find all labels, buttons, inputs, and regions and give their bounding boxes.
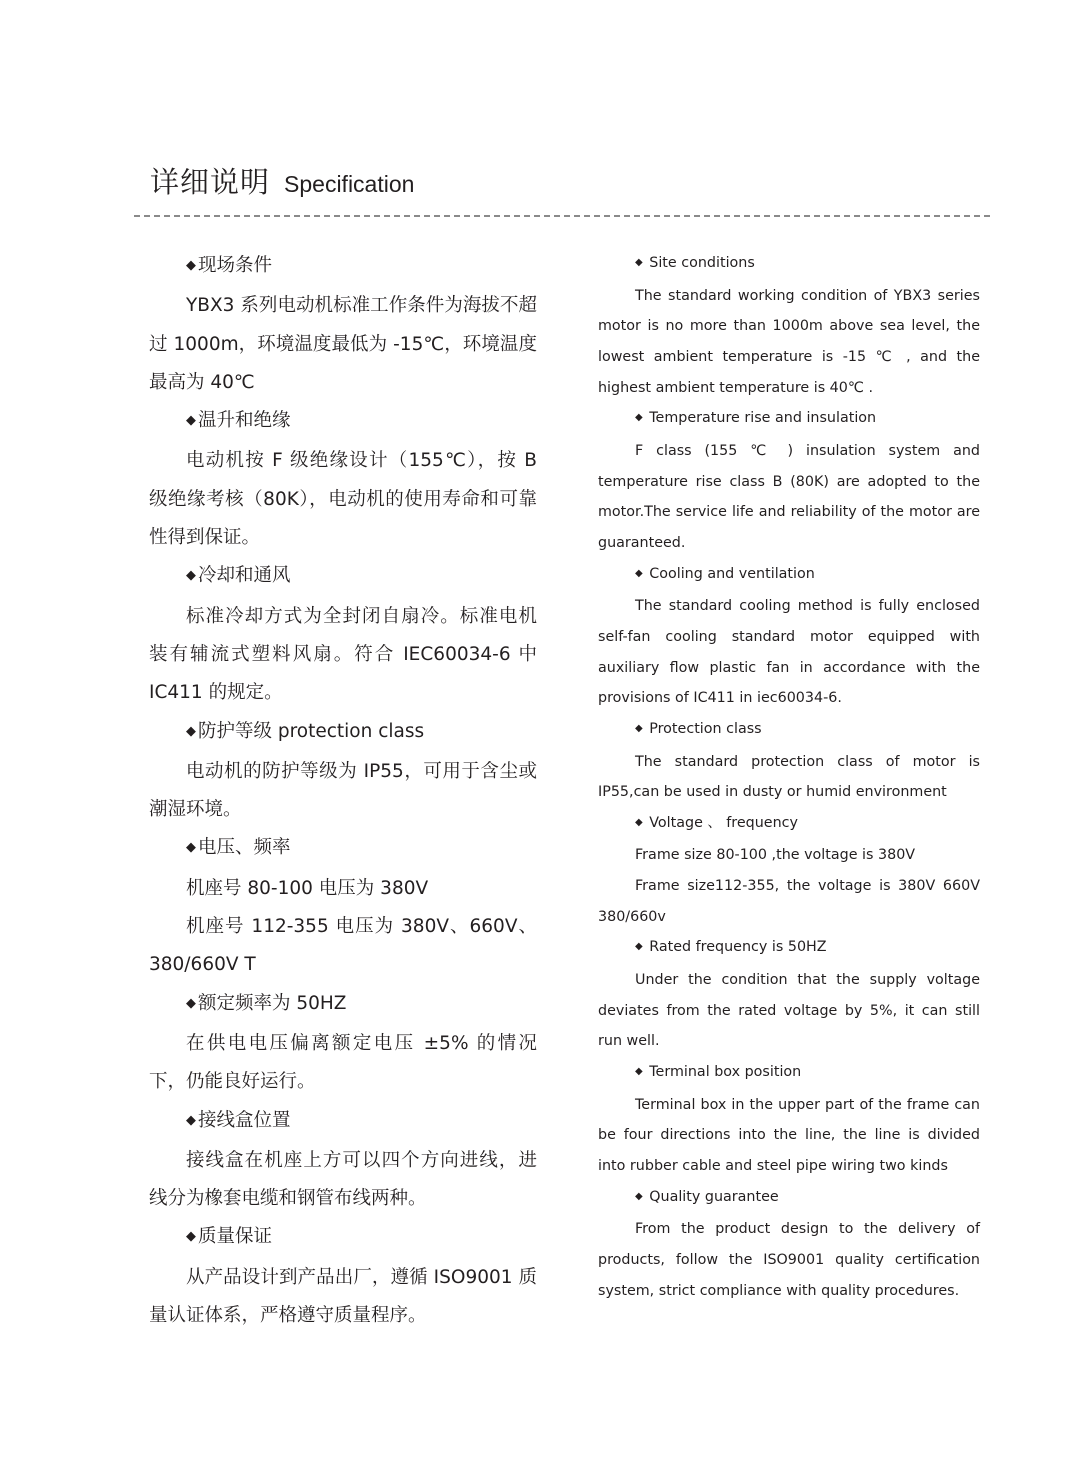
section-heading: ◆ Temperature rise and insulation [598,403,980,436]
diamond-bullet-icon: ◆ [186,1229,196,1244]
diamond-bullet-icon: ◆ [635,817,643,828]
section-paragraph: The standard cooling method is fully enc… [598,591,980,714]
section-heading: ◆电压、频率 [149,829,537,869]
diamond-bullet-icon: ◆ [635,412,643,423]
section-paragraph: Terminal box in the upper part of the fr… [598,1090,980,1182]
page-title: 详细说明 Specification [150,160,414,201]
section-paragraph: 在供电电压偏离额定电压 ±5% 的情况下，仍能良好运行。 [149,1025,537,1102]
section-heading: ◆温升和绝缘 [149,402,537,442]
dashed-divider [134,215,990,217]
section-heading: ◆ Voltage 、 frequency [598,808,980,841]
page-title-chinese: 详细说明 [150,160,270,201]
section-heading: ◆防护等级 protection class [149,713,537,753]
diamond-bullet-icon: ◆ [635,941,643,952]
section-heading: ◆接线盒位置 [149,1102,537,1142]
page-title-english: Specification [284,171,414,198]
section-paragraph: 接线盒在机座上方可以四个方向进线，进线分为橡套电缆和钢管布线两种。 [149,1142,537,1219]
diamond-bullet-icon: ◆ [186,413,196,428]
diamond-bullet-icon: ◆ [635,1066,643,1077]
section-heading: ◆冷却和通风 [149,557,537,597]
section-heading: ◆ Quality guarantee [598,1182,980,1215]
section-heading: ◆ Site conditions [598,248,980,281]
section-paragraph: 从产品设计到产品出厂，遵循 ISO9001 质量认证体系，严格遵守质量程序。 [149,1259,537,1336]
diamond-bullet-icon: ◆ [635,1191,643,1202]
section-heading: ◆质量保证 [149,1218,537,1258]
diamond-bullet-icon: ◆ [186,724,196,739]
diamond-bullet-icon: ◆ [186,568,196,583]
chinese-column: ◆现场条件 YBX3 系列电动机标准工作条件为海拔不超过 1000m，环境温度最… [149,247,537,1335]
section-paragraph: The standard working condition of YBX3 s… [598,281,980,404]
english-column: ◆ Site conditions The standard working c… [598,248,980,1306]
diamond-bullet-icon: ◆ [186,996,196,1011]
section-paragraph: 电动机按 F 级绝缘设计（155℃），按 B 级绝缘考核（80K），电动机的使用… [149,442,537,557]
section-paragraph: 机座号 112-355 电压为 380V、660V、380/660V T [149,908,537,985]
section-paragraph: Under the condition that the supply volt… [598,965,980,1057]
section-heading: ◆ Rated frequency is 50HZ [598,932,980,965]
diamond-bullet-icon: ◆ [635,568,643,579]
section-paragraph: F class (155 ℃ ) insulation system and t… [598,436,980,559]
section-heading: ◆ Protection class [598,714,980,747]
section-paragraph: The standard protection class of motor i… [598,747,980,808]
diamond-bullet-icon: ◆ [635,723,643,734]
section-heading: ◆额定频率为 50HZ [149,985,537,1025]
section-paragraph: From the product design to the delivery … [598,1214,980,1306]
diamond-bullet-icon: ◆ [186,1113,196,1128]
section-heading: ◆ Cooling and ventilation [598,559,980,592]
section-heading: ◆ Terminal box position [598,1057,980,1090]
section-heading: ◆现场条件 [149,247,537,287]
section-paragraph: Frame size 80-100 ,the voltage is 380V [598,840,980,871]
section-paragraph: 标准冷却方式为全封闭自扇冷。标准电机装有辅流式塑料风扇。符合 IEC60034-… [149,598,537,713]
section-paragraph: Frame size112-355, the voltage is 380V 6… [598,871,980,932]
diamond-bullet-icon: ◆ [635,257,643,268]
section-paragraph: YBX3 系列电动机标准工作条件为海拔不超过 1000m，环境温度最低为 -15… [149,287,537,402]
diamond-bullet-icon: ◆ [186,840,196,855]
section-paragraph: 电动机的防护等级为 IP55，可用于含尘或潮湿环境。 [149,753,537,830]
section-paragraph: 机座号 80-100 电压为 380V [149,870,537,908]
diamond-bullet-icon: ◆ [186,258,196,273]
